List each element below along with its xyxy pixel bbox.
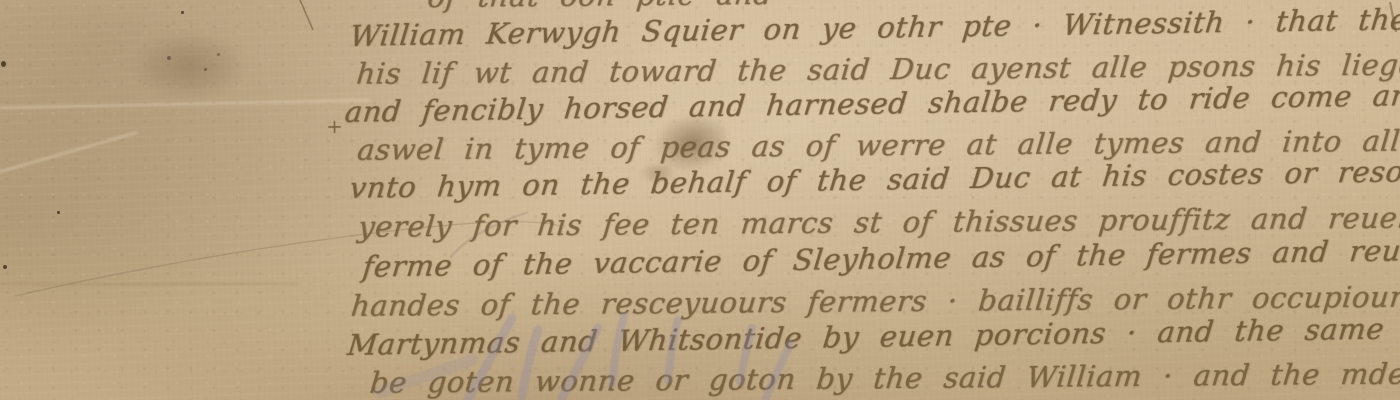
manuscript-line-cropped: of that oon ptie and — [426, 0, 774, 14]
manuscript-line: be goten wonne or goton by the said Will… — [368, 357, 1400, 400]
margin-cross-mark: + — [326, 114, 343, 138]
manuscript-photo: of that oon ptie and William Kerwygh Squ… — [0, 0, 1400, 400]
manuscript-text-block: of that oon ptie and William Kerwygh Squ… — [0, 0, 1400, 400]
